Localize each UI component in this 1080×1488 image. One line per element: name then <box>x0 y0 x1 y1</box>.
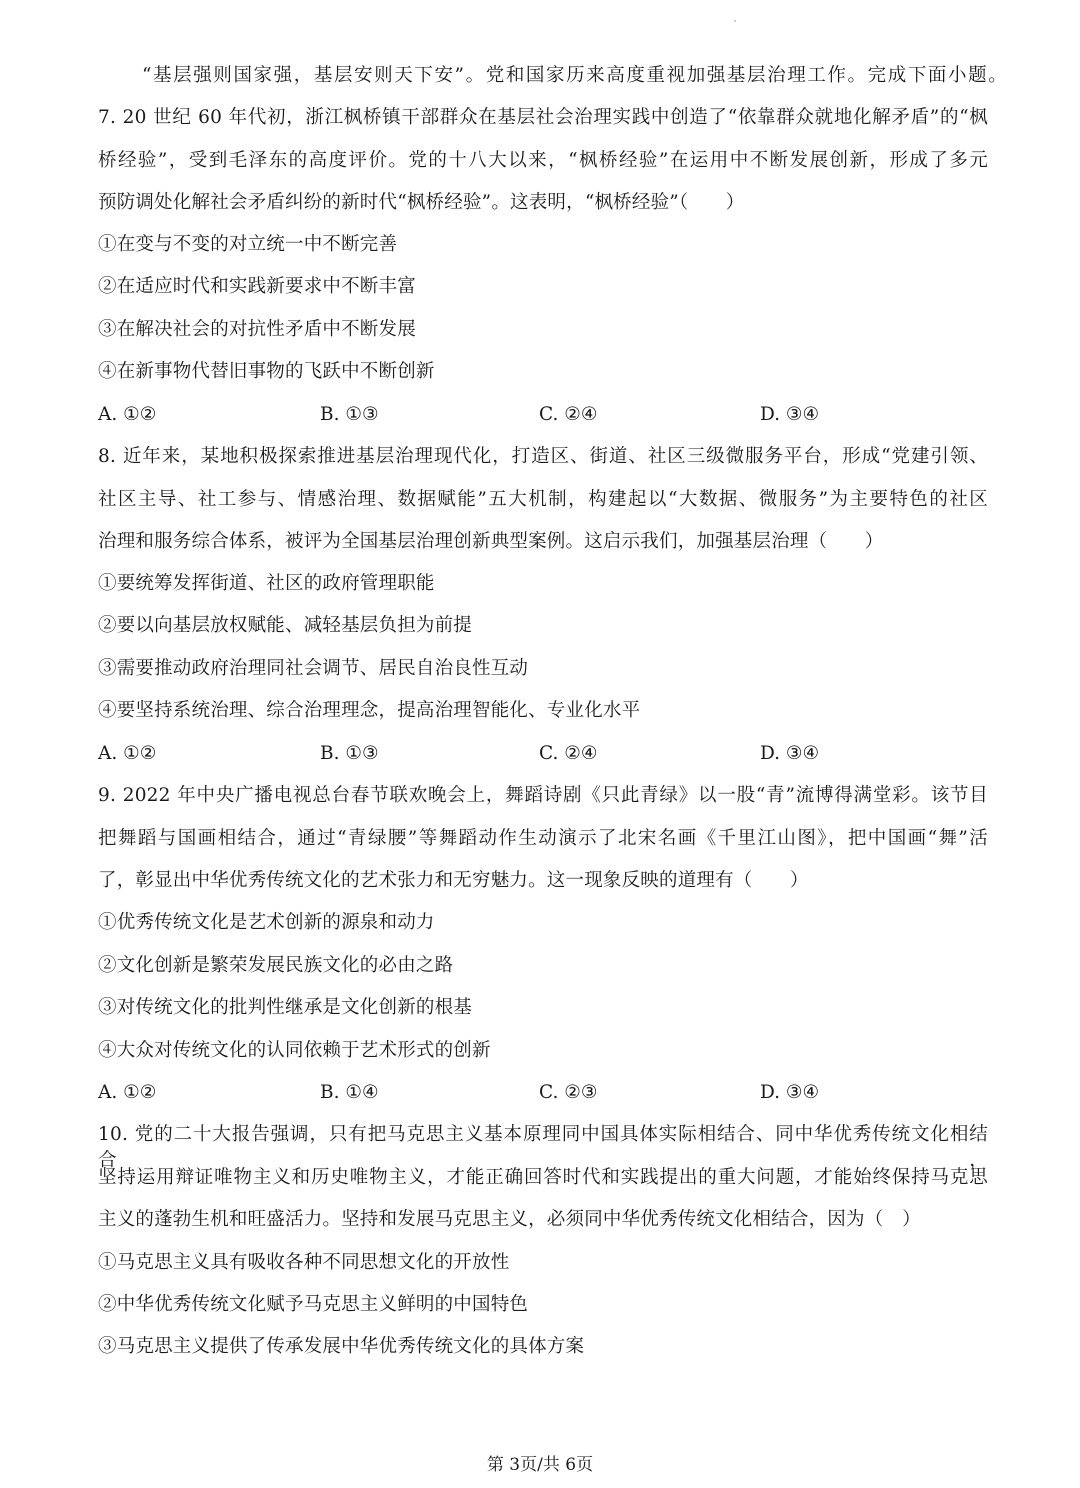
section-intro: “基层强则国家强，基层安则天下安”。党和国家历来高度重视加强基层治理工作。完成下… <box>142 63 1032 89</box>
page-number: 第 3页/共 6页 <box>0 1453 1080 1477</box>
question-stem-line: 了，彰显出中华优秀传统文化的艺术张力和无穷魅力。这一现象反映的道理有（ ） <box>98 868 988 894</box>
statement-option: ③对传统文化的批判性继承是文化创新的根基 <box>98 995 988 1021</box>
statement-option: ②在适应时代和实践新要求中不断丰富 <box>98 274 988 300</box>
choice-d: D. ③④ <box>760 741 819 767</box>
question-stem-line: 把舞蹈与国画相结合，通过“青绿腰”等舞蹈动作生动演示了北宋名画《千里江山图》，把… <box>98 826 988 852</box>
statement-option: ①优秀传统文化是艺术创新的源泉和动力 <box>98 910 988 936</box>
statement-option: ③需要推动政府治理同社会调节、居民自治良性互动 <box>98 656 988 682</box>
question-stem-line: 预防调处化解社会矛盾纠纷的新时代“枫桥经验”。这表明，“枫桥经验”（ ） <box>98 190 988 216</box>
question-stem-line: 坚持运用辩证唯物主义和历史唯物主义，才能正确回答时代和实践提出的重大问题，才能始… <box>98 1165 988 1191</box>
choice-c: C. ②④ <box>539 741 597 767</box>
question-stem-line: 桥经验”，受到毛泽东的高度评价。党的十八大以来，“枫桥经验”在运用中不断发展创新… <box>98 148 988 174</box>
question-stem-line: 8. 近年来，某地积极探索推进基层治理现代化，打造区、街道、社区三级微服务平台，… <box>98 444 988 470</box>
statement-option: ①要统筹发挥街道、社区的政府管理职能 <box>98 571 988 597</box>
statement-option: ①在变与不变的对立统一中不断完善 <box>98 232 988 258</box>
statement-option: ③在解决社会的对抗性矛盾中不断发展 <box>98 317 988 343</box>
statement-option: ④要坚持系统治理、综合治理理念，提高治理智能化、专业化水平 <box>98 698 988 724</box>
question-stem-line: 7. 20 世纪 60 年代初，浙江枫桥镇干部群众在基层社会治理实践中创造了“依… <box>98 105 988 131</box>
scan-speck <box>734 20 736 22</box>
answer-choices: A. ①② B. ①④ C. ②③ D. ③④ <box>98 1080 988 1106</box>
statement-option: ④大众对传统文化的认同依赖于艺术形式的创新 <box>98 1038 988 1064</box>
answer-choices: A. ①② B. ①③ C. ②④ D. ③④ <box>98 741 988 767</box>
choice-a: A. ①② <box>98 1080 156 1106</box>
statement-option: ②要以向基层放权赋能、减轻基层负担为前提 <box>98 613 988 639</box>
statement-option: ④在新事物代替旧事物的飞跃中不断创新 <box>98 359 988 385</box>
choice-a: A. ①② <box>98 402 156 428</box>
question-stem-line: 治理和服务综合体系，被评为全国基层治理创新典型案例。这启示我们，加强基层治理（ … <box>98 529 988 555</box>
choice-b: B. ①③ <box>320 402 379 428</box>
choice-a: A. ①② <box>98 741 156 767</box>
choice-c: C. ②④ <box>539 402 597 428</box>
statement-option: ③马克思主义提供了传承发展中华优秀传统文化的具体方案 <box>98 1334 988 1360</box>
answer-choices: A. ①② B. ①③ C. ②④ D. ③④ <box>98 402 988 428</box>
choice-d: D. ③④ <box>760 402 819 428</box>
question-stem-line: 主义的蓬勃生机和旺盛活力。坚持和发展马克思主义，必须同中华优秀传统文化相结合，因… <box>98 1207 988 1233</box>
question-stem-line: 9. 2022 年中央广播电视总台春节联欢晚会上，舞蹈诗剧《只此青绿》以一股“青… <box>98 783 988 809</box>
question-stem-line: 社区主导、社工参与、情感治理、数据赋能”五大机制，构建起以“大数据、微服务”为主… <box>98 487 988 513</box>
statement-option: ①马克思主义具有吸收各种不同思想文化的开放性 <box>98 1250 988 1276</box>
choice-c: C. ②③ <box>539 1080 597 1106</box>
choice-d: D. ③④ <box>760 1080 819 1106</box>
choice-b: B. ①③ <box>320 741 379 767</box>
statement-option: ②文化创新是繁荣发展民族文化的必由之路 <box>98 953 988 979</box>
statement-option: ②中华优秀传统文化赋予马克思主义鲜明的中国特色 <box>98 1292 988 1318</box>
choice-b: B. ①④ <box>320 1080 379 1106</box>
exam-page: “基层强则国家强，基层安则天下安”。党和国家历来高度重视加强基层治理工作。完成下… <box>0 0 1080 1488</box>
